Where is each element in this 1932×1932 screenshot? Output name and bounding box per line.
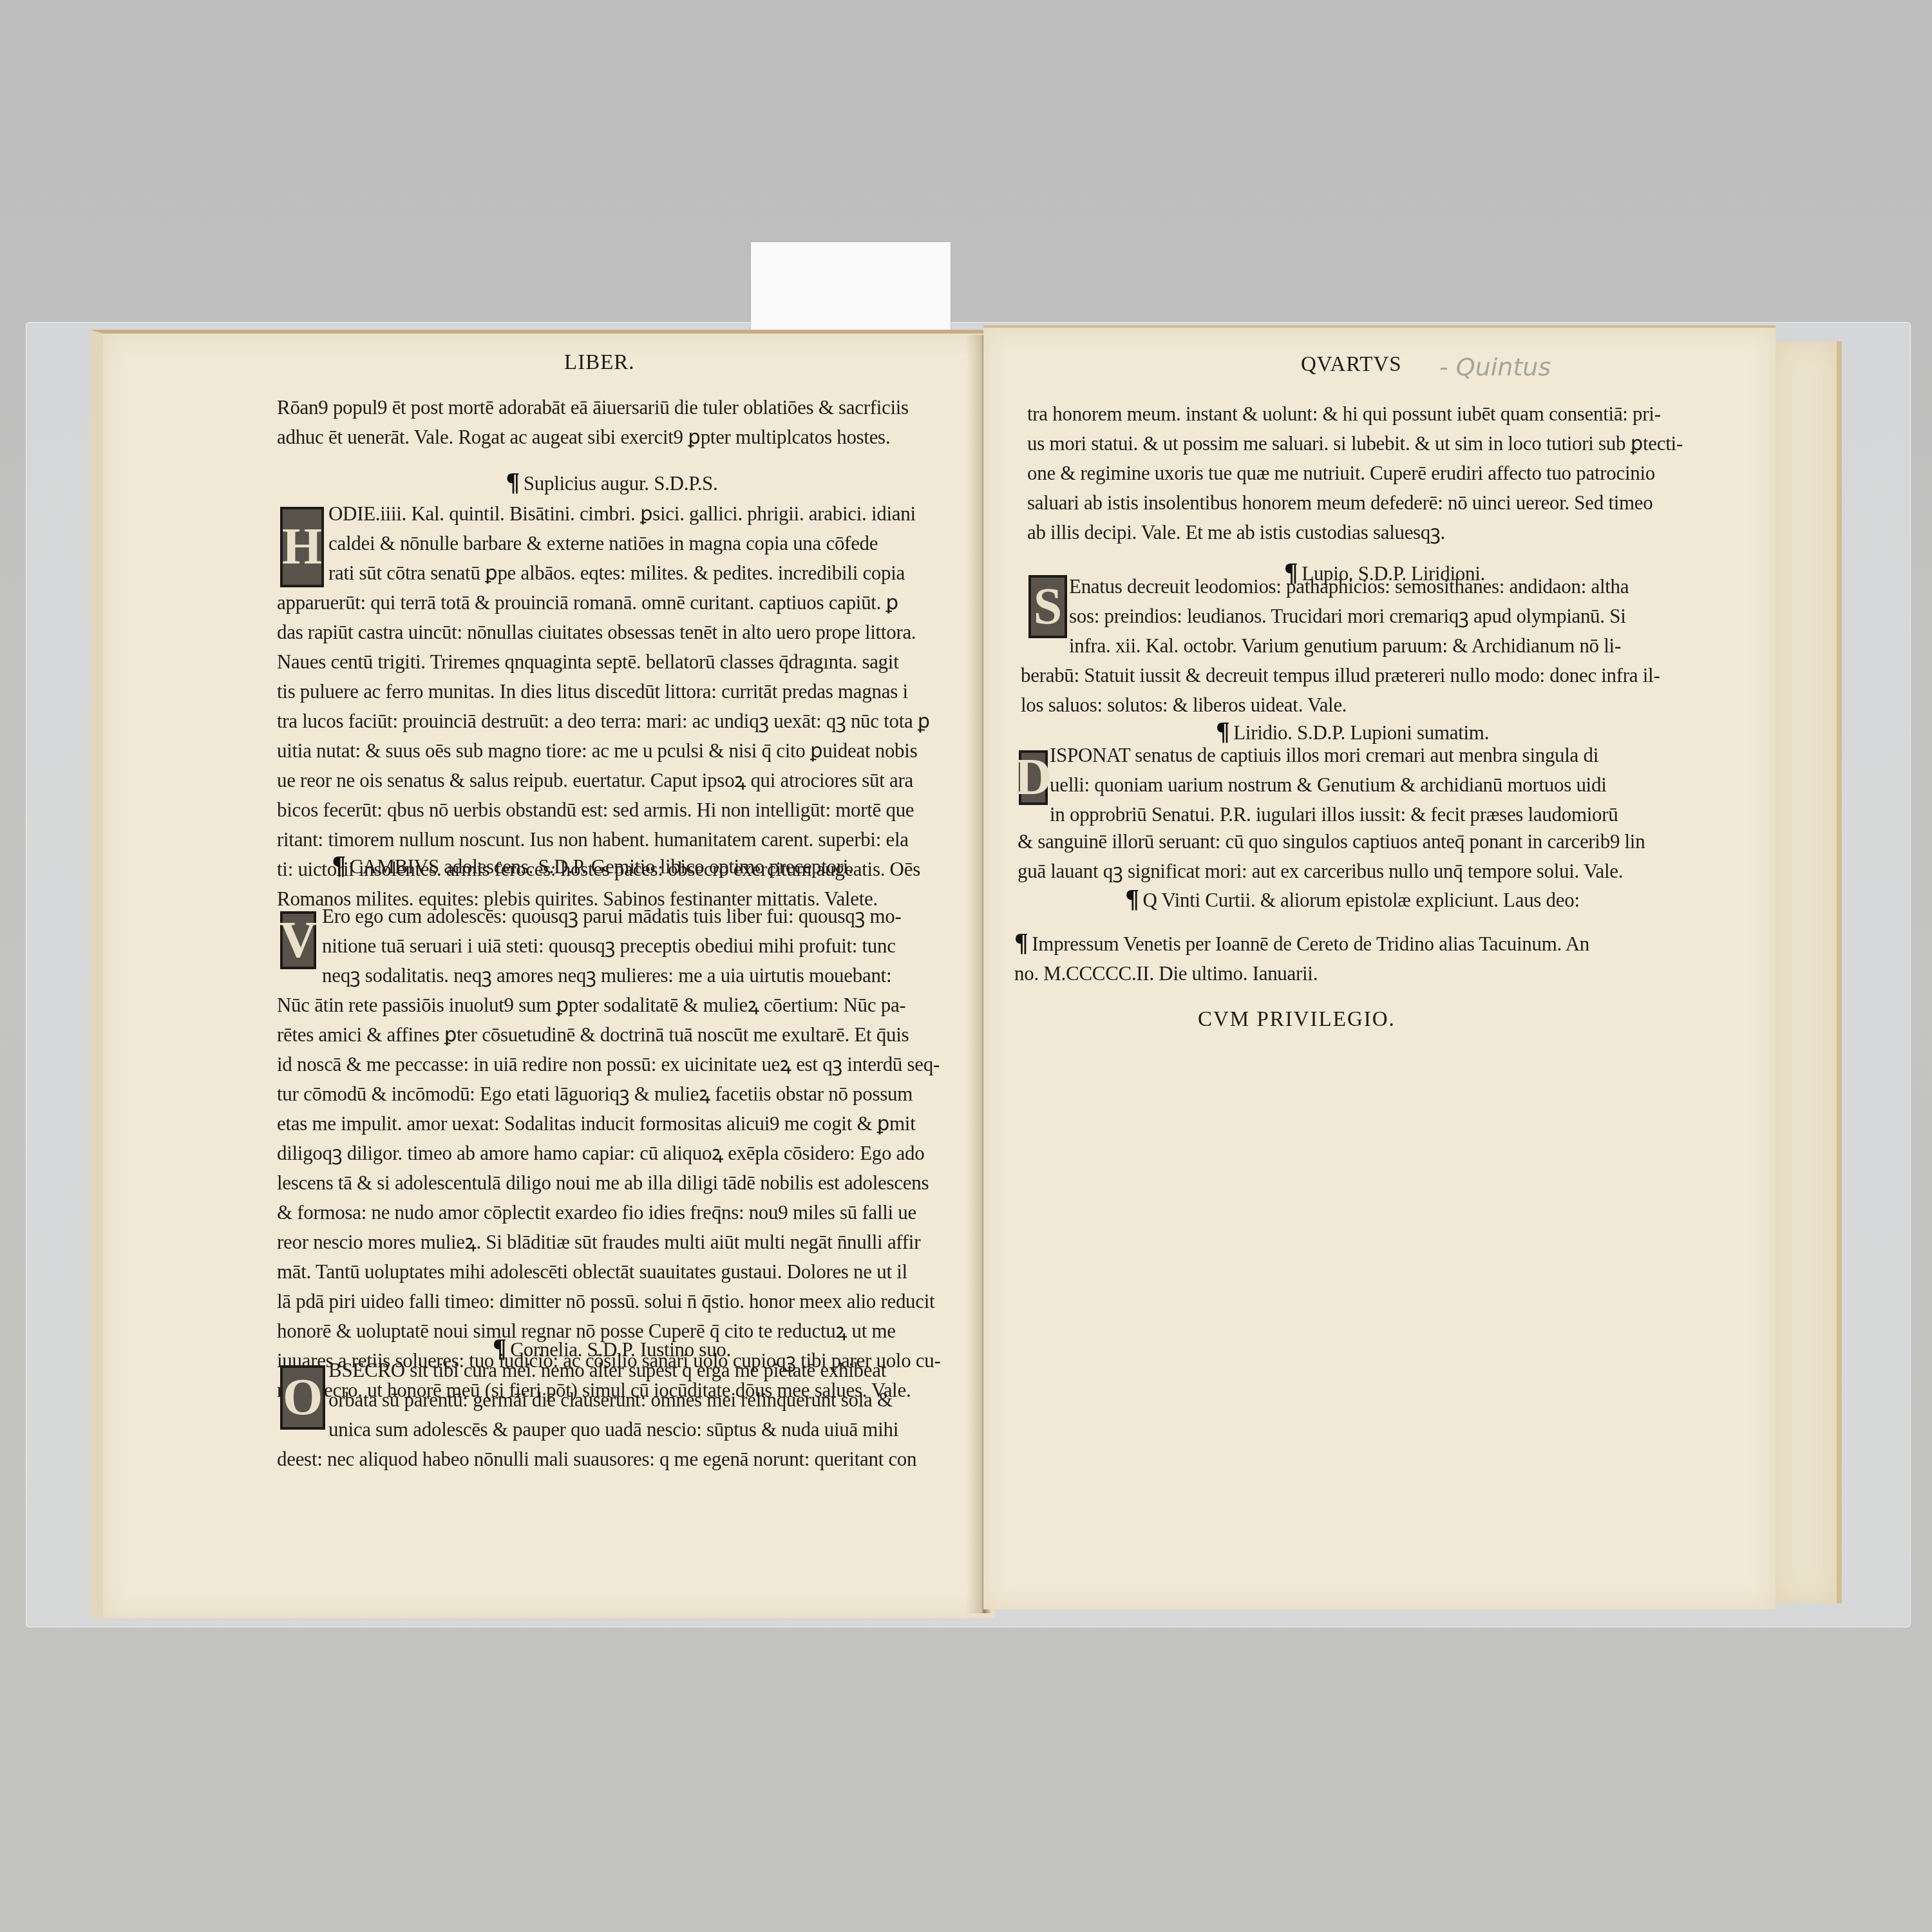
text-line: rati sūt cōtra senatū ꝑpe albāos. eqtes:… (328, 558, 916, 588)
letter-rubric: ¶CAMBIVS adolescens. S.D.P. Gemitio libi… (303, 850, 882, 882)
letter-body-cont: deest: nec aliquod habeo nōnulli mali su… (277, 1444, 916, 1474)
text-line: Ero ego cum adolescēs: quousqꝫ parui mād… (322, 902, 901, 931)
pilcrow-icon: ¶ (332, 850, 345, 879)
text-line: tra lucos faciūt: prouinciā destruūt: a … (277, 706, 930, 736)
text-line: rētes amici & affines ꝑter cōsuetudinē &… (277, 1020, 941, 1050)
text-line: ab illis decipi. Vale. Et me ab istis cu… (1027, 518, 1683, 547)
text-line: Enatus decreuit leodomios: pathaphicios:… (1069, 572, 1629, 601)
text-line: id noscā & me peccasse: in uiā redire no… (277, 1050, 941, 1079)
text-line: tur cōmodū & incōmodū: Ego etati lāguori… (277, 1079, 941, 1109)
right-opening-text: tra honorem meum. instant & uolunt: & hi… (1027, 399, 1683, 547)
text-line: infra. xii. Kal. octobr. Varium genutium… (1069, 631, 1629, 661)
text-line: Impressum Venetis per Ioannē de Cereto d… (1032, 933, 1589, 955)
letter-body: Ero ego cum adolescēs: quousqꝫ parui mād… (322, 902, 901, 990)
text-line: & formosa: ne nudo amor cōplectit exarde… (277, 1198, 941, 1227)
text-line: tra honorem meum. instant & uolunt: & hi… (1027, 399, 1683, 429)
text-line: māt. Tantū uoluptates mihi adolescēti ob… (277, 1257, 941, 1287)
text-line: ue reor ne ois senatus & salus reipub. e… (277, 766, 930, 795)
text-line: bicos fecerūt: qbus nō uerbis obstandū e… (277, 795, 930, 825)
text-line: uelli: quoniam uarium nostrum & Genutium… (1050, 770, 1618, 800)
explicit-line: ¶Q Vinti Curtii. & aliorum epistolæ expl… (1030, 884, 1674, 915)
text-line: no. M.CCCCC.II. Die ultimo. Ianuarii. (1014, 959, 1589, 989)
text-line: etas me impulit. amor uexat: Sodalitas i… (277, 1109, 941, 1139)
left-running-head: LIBER. (564, 351, 635, 375)
text-line: Rōan9 popul9 ēt post mortē adorabāt eā ā… (277, 393, 909, 422)
text-line: BSECRO sit tibi cura mei. nemo alter sup… (328, 1356, 898, 1385)
decorated-initial: O (280, 1365, 325, 1430)
text-line: lescens tā & si adolescentulā diligo nou… (277, 1168, 941, 1198)
letter-body: BSECRO sit tibi cura mei. nemo alter sup… (328, 1356, 898, 1444)
letter-body-cont: berabū: Statuit iussit & decreuit tempus… (1021, 661, 1660, 720)
text-line: orbata sū parentū: germāi diē clauserunt… (328, 1385, 898, 1415)
text-line: reor nescio mores mulieꝝ. Si blāditiæ sū… (277, 1227, 941, 1257)
text-line: berabū: Statuit iussit & decreuit tempus… (1021, 661, 1660, 690)
text-line: lā pdā piri uideo falli timeo: dimitter … (277, 1287, 941, 1316)
text-line: sos: preindios: leudianos. Trucidari mor… (1069, 601, 1629, 631)
letter-body: ODIE.iiii. Kal. quintil. Bisātini. cimbr… (328, 499, 916, 588)
pilcrow-icon: ¶ (1014, 927, 1028, 956)
text-line: saluari ab istis insolentibus honorem me… (1027, 488, 1683, 518)
decorated-initial: S (1028, 575, 1067, 638)
text-line: das rapiūt castra uincūt: nōnullas ciuit… (277, 618, 930, 647)
text-line: tis puluere ac ferro munitas. In dies li… (277, 677, 930, 706)
text-line: diligoqꝫ diligor. timeo ab amore hamo ca… (277, 1139, 941, 1168)
pilcrow-icon: ¶ (1125, 884, 1139, 913)
colophon: ¶Impressum Venetis per Ioannē de Cereto … (1014, 927, 1589, 989)
letter-body: Enatus decreuit leodomios: pathaphicios:… (1069, 572, 1629, 661)
left-opening-text: Rōan9 popul9 ēt post mortē adorabāt eā ā… (277, 393, 909, 452)
letter-rubric: ¶Suplicius augur. S.D.P.S. (386, 467, 837, 498)
text-line: guā lauant qꝫ significat mori: aut ex ca… (1018, 857, 1645, 886)
text-line: adhuc ēt uenerāt. Vale. Rogat ac augeat … (277, 422, 909, 452)
text-line: Nūc ātin rete passiōis inuolut9 sum ꝑpte… (277, 990, 941, 1020)
letter-body-cont: & sanguinē illorū seruant: cū quo singul… (1018, 797, 1645, 886)
right-running-head: QVARTVS (1301, 353, 1402, 377)
text-line: nitione tuā seruari i uiā steti: quousqꝫ… (322, 931, 901, 961)
text-line: neqꝫ sodalitatis. neqꝫ amores neqꝫ mulie… (322, 961, 901, 990)
pencil-annotation: - Quintus (1439, 353, 1551, 381)
decorated-initial: H (280, 507, 324, 587)
text-line: uitia nutat: & suus oēs sub magno tiore:… (277, 736, 930, 766)
decorated-initial: V (280, 911, 316, 969)
text-line: unica sum adolescēs & pauper quo uadā ne… (328, 1415, 898, 1444)
pilcrow-icon: ¶ (506, 467, 519, 496)
text-line: ODIE.iiii. Kal. quintil. Bisātini. cimbr… (328, 499, 916, 529)
text-line: ISPONAT senatus de captiuis illos mori c… (1050, 741, 1618, 770)
text-line: apparuerūt: qui terrā totā & prouinciā r… (277, 588, 930, 618)
page-fore-edge (1776, 341, 1842, 1604)
text-line: & sanguinē illorū seruant: cū quo singul… (1018, 827, 1645, 857)
text-line: Naues centū trigiti. Triremes qnquaginta… (277, 647, 930, 677)
text-line: one & regimine uxoris tue quæ me nutriui… (1027, 459, 1683, 488)
text-line: caldei & nōnulle barbare & externe natiō… (328, 529, 916, 558)
privilege-line: CVM PRIVILEGIO. (1198, 1008, 1396, 1032)
text-line: us mori statui. & ut possim me saluari. … (1027, 429, 1683, 459)
text-line: deest: nec aliquod habeo nōnulli mali su… (277, 1444, 916, 1474)
